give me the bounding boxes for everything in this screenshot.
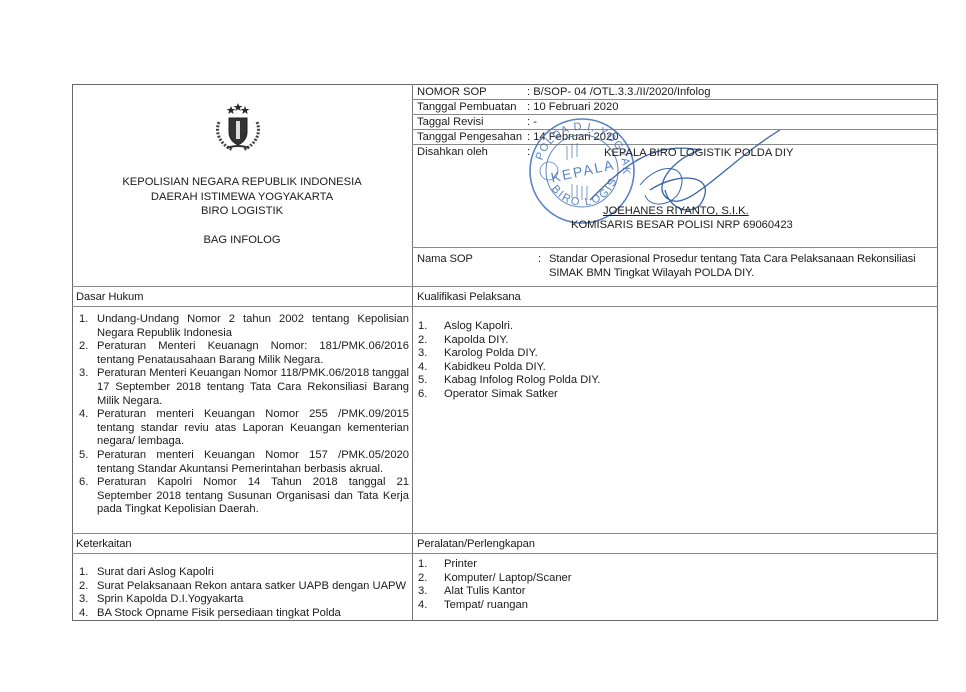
list-item: 2.Kapolda DIY.: [418, 334, 601, 348]
approver-rank: KOMISARIS BESAR POLISI NRP 69060423: [571, 218, 793, 232]
column-divider: [412, 84, 413, 621]
row-divider: [412, 247, 938, 248]
kualifikasi-title: Kualifikasi Pelaksana: [417, 290, 521, 304]
list-item: 1.Undang-Undang Nomor 2 tahun 2002 tenta…: [79, 313, 409, 340]
row-divider: [72, 553, 938, 554]
approver-name: JOEHANES RIYANTO, S.I.K.: [603, 204, 749, 218]
list-item: 5.Kabag Infolog Rolog Polda DIY.: [418, 374, 601, 388]
list-item: 3.Alat Tulis Kantor: [418, 585, 572, 599]
nama-sop-label: Nama SOP: [417, 252, 473, 266]
list-item: 5.Peraturan menteri Keuangan Nomor 157 /…: [79, 449, 409, 476]
org-line-4: BAG INFOLOG: [72, 233, 412, 248]
keterkaitan-title: Keterkaitan: [76, 537, 132, 551]
org-name-block: KEPOLISIAN NEGARA REPUBLIK INDONESIA DAE…: [72, 175, 412, 247]
list-item: 1.Printer: [418, 558, 572, 572]
nama-sop-value-line1: Standar Operasional Prosedur tentang Tat…: [549, 252, 915, 266]
list-item: 4.BA Stock Opname Fisik persediaan tingk…: [79, 607, 406, 621]
list-item: 3.Karolog Polda DIY.: [418, 347, 601, 361]
row-divider: [72, 306, 938, 307]
row-divider: [72, 286, 938, 287]
peralatan-list: 1.Printer 2.Komputer/ Laptop/Scaner 3.Al…: [418, 558, 572, 612]
row-divider: [72, 533, 938, 534]
meta-label-tanggal-pembuatan: Tanggal Pembuatan: [417, 100, 517, 114]
list-item: 3.Peraturan Menteri Keuangan Nomor 118/P…: [79, 367, 409, 408]
list-item: 3.Sprin Kapolda D.I.Yogyakarta: [79, 593, 406, 607]
keterkaitan-list: 1.Surat dari Aslog Kapolri 2.Surat Pelak…: [79, 566, 406, 620]
org-line-1: KEPOLISIAN NEGARA REPUBLIK INDONESIA: [72, 175, 412, 190]
nama-sop-value-line2: SIMAK BMN Tingkat Wilayah POLDA DIY.: [549, 266, 754, 280]
meta-label-tanggal-pengesahan: Tanggal Pengesahan: [417, 130, 522, 144]
meta-label-nomor-sop: NOMOR SOP: [417, 85, 487, 99]
meta-value-nomor-sop: : B/SOP- 04 /OTL.3.3./II/2020/Infolog: [527, 85, 710, 99]
nama-sop-colon: :: [538, 252, 541, 266]
list-item: 1.Surat dari Aslog Kapolri: [79, 566, 406, 580]
org-line-3: BIRO LOGISTIK: [72, 204, 412, 219]
list-item: 6.Peraturan Kapolri Nomor 14 Tahun 2018 …: [79, 476, 409, 517]
sop-document-page: KEPOLISIAN NEGARA REPUBLIK INDONESIA DAE…: [0, 0, 966, 692]
list-item: 6.Operator Simak Satker: [418, 388, 601, 402]
list-item: 2.Surat Pelaksanaan Rekon antara satker …: [79, 580, 406, 594]
list-item: 2.Peraturan Menteri Keuanagn Nomor: 181/…: [79, 340, 409, 367]
list-item: 2.Komputer/ Laptop/Scaner: [418, 572, 572, 586]
meta-value-tanggal-pembuatan: : 10 Februari 2020: [527, 100, 618, 114]
approver-title: KEPALA BIRO LOGISTIK POLDA DIY: [604, 146, 793, 160]
peralatan-title: Peralatan/Perlengkapan: [417, 537, 535, 551]
dasar-hukum-title: Dasar Hukum: [76, 290, 143, 304]
list-item: 4.Kabidkeu Polda DIY.: [418, 361, 601, 375]
list-item: 4.Peraturan menteri Keuangan Nomor 255 /…: [79, 408, 409, 449]
meta-label-tanggal-revisi: Taggal Revisi: [417, 115, 484, 129]
org-line-2: DAERAH ISTIMEWA YOGYAKARTA: [72, 190, 412, 205]
list-item: 4.Tempat/ ruangan: [418, 599, 572, 613]
row-divider: [412, 114, 938, 115]
dasar-hukum-list: 1.Undang-Undang Nomor 2 tahun 2002 tenta…: [79, 313, 409, 517]
police-emblem-icon: [209, 100, 265, 156]
meta-label-disahkan-oleh: Disahkan oleh: [417, 145, 488, 159]
kualifikasi-list: 1.Aslog Kapolri. 2.Kapolda DIY. 3.Karolo…: [418, 320, 601, 402]
list-item: 1.Aslog Kapolri.: [418, 320, 601, 334]
